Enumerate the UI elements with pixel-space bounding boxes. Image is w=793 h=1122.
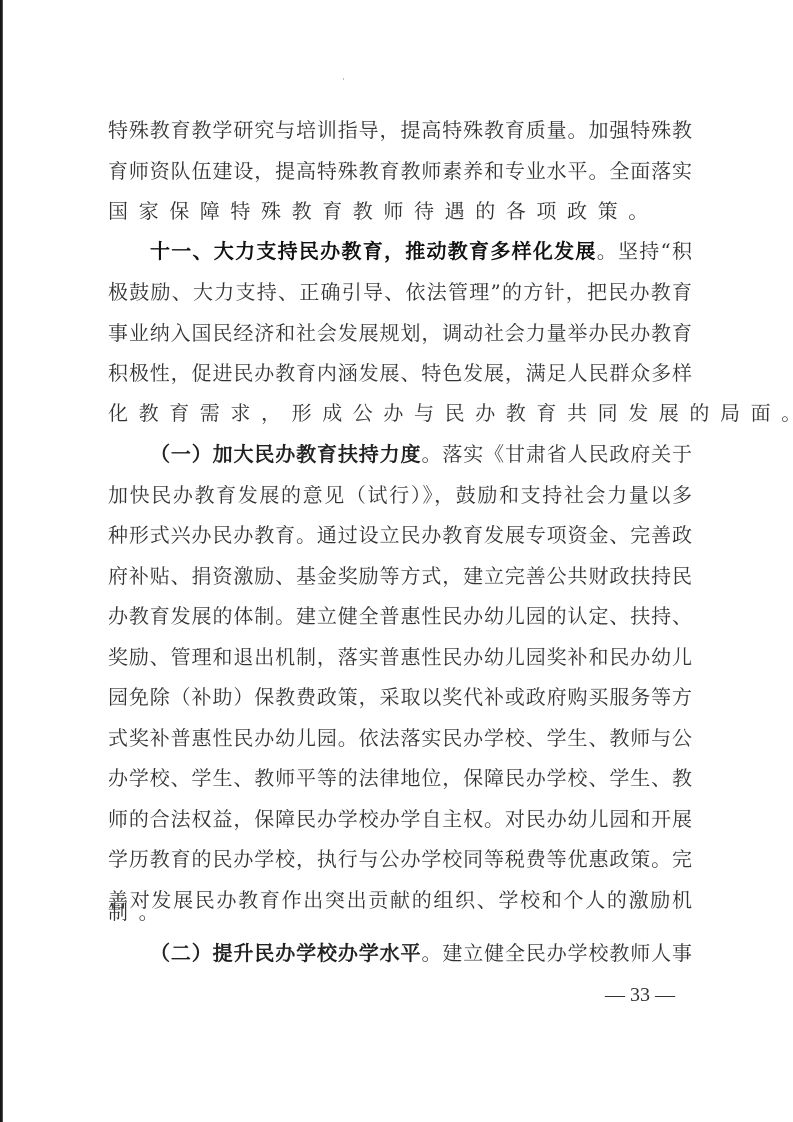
body-line: 园免除（补助）保教费政策，采取以奖代补或政府购买服务等方 [108,682,692,712]
body-line: 事业纳入国民经济和社会发展规划，调动社会力量举办民办教育 [108,318,692,348]
subsection-heading-line: （二）提升民办学校办学水平。建立健全民办学校教师人事 [150,938,692,968]
section-heading-line: 十一、大力支持民办教育，推动教育多样化发展。坚持“积 [150,236,692,266]
body-line: 加快民办教育发展的意见（试行）》，鼓励和支持社会力量以多 [108,480,692,510]
body-line: 种形式兴办民办教育。通过设立民办教育发展专项资金、完善政 [108,520,692,550]
body-line: 学历教育的民办学校，执行与公办学校同等税费等优惠政策。完 [108,844,692,874]
subsection-heading: （一）加大民办教育扶持力度 [150,442,421,466]
body-line: 式奖补普惠性民办幼儿园。依法落实民办学校、学生、教师与公 [108,723,692,753]
body-line: 积极性，促进民办教育内涵发展、特色发展，满足人民群众多样 [108,358,692,388]
body-line: 师的合法权益，保障民办学校办学自主权。对民办幼儿园和开展 [108,804,692,834]
body-line: 育师资队伍建设，提高特殊教育教师素养和专业水平。全面落实 [108,156,692,186]
body-line: 奖励、管理和退出机制，落实普惠性民办幼儿园奖补和民办幼儿 [108,642,692,672]
scan-speck [343,78,344,80]
body-line: 府补贴、捐资激励、基金奖励等方式，建立完善公共财政扶持民 [108,561,692,591]
subsection-heading-tail: 。落实《甘肃省人民政府关于 [421,442,692,466]
subsection-heading: （二）提升民办学校办学水平 [150,941,421,965]
body-line: 办教育发展的体制。建立健全普惠性民办幼儿园的认定、扶持、 [108,601,692,631]
subsection-heading-line: （一）加大民办教育扶持力度。落实《甘肃省人民政府关于 [150,439,692,469]
section-heading: 十一、大力支持民办教育，推动教育多样化发展 [150,239,597,263]
body-line: 化教育需求，形成公办与民办教育共同发展的局面。 [108,398,692,428]
subsection-heading-tail: 。建立健全民办学校教师人事 [421,941,692,965]
body-line: 极鼓励、大力支持、正确引导、依法管理”的方针，把民办教育 [108,277,692,307]
document-page: 特殊教育教学研究与培训指导，提高特殊教育质量。加强特殊教 育师资队伍建设，提高特… [0,0,793,1122]
section-heading-tail: 。坚持“积 [597,239,692,263]
body-line: 制。 [108,897,692,927]
page-number: — 33 — [585,980,695,1010]
body-line: 办学校、学生、教师平等的法律地位，保障民办学校、学生、教 [108,763,692,793]
body-line: 特殊教育教学研究与培训指导，提高特殊教育质量。加强特殊教 [108,115,692,145]
body-line: 国家保障特殊教育教师待遇的各项政策。 [108,196,692,226]
